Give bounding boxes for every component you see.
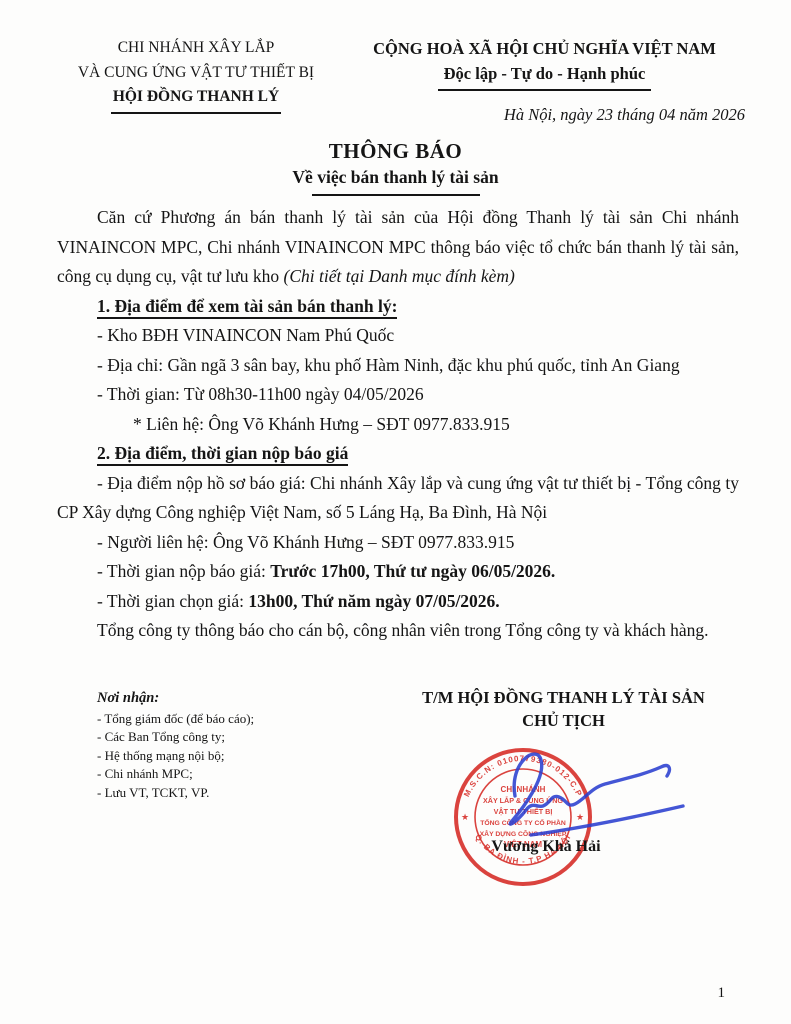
- deadline-label: - Thời gian nộp báo giá:: [97, 561, 270, 581]
- recipients-heading: Nơi nhận:: [97, 689, 254, 708]
- intro-paragraph: Căn cứ Phương án bán thanh lý tài sản củ…: [57, 203, 739, 292]
- section2-item-selection: - Thời gian chọn giá: 13h00, Thứ năm ngà…: [57, 587, 739, 617]
- selection-value: 13h00, Thứ năm ngày 07/05/2026.: [248, 591, 499, 611]
- document-title-block: THÔNG BÁO Về việc bán thanh lý tài sản: [0, 139, 791, 196]
- place-date-line: Hà Nội, ngày 23 tháng 04 năm 2026: [342, 102, 747, 127]
- recipient-item: - Chi nhánh MPC;: [97, 765, 254, 784]
- section2-item-contact: - Người liên hệ: Ông Võ Khánh Hưng – SĐT…: [57, 528, 739, 558]
- section1-item-warehouse: - Kho BĐH VINAINCON Nam Phú Quốc: [57, 321, 739, 351]
- section2-item-location: - Địa điểm nộp hồ sơ báo giá: Chi nhánh …: [57, 469, 739, 528]
- recipients-block: Nơi nhận: - Tổng giám đốc (để báo cáo); …: [97, 686, 254, 923]
- handwritten-signature-icon: [471, 738, 691, 853]
- section2-item-deadline: - Thời gian nộp báo giá: Trước 17h00, Th…: [57, 557, 739, 587]
- national-header-block: CỘNG HOÀ XÃ HỘI CHỦ NGHĨA VIỆT NAM Độc l…: [342, 36, 747, 127]
- document-body: Căn cứ Phương án bán thanh lý tài sản củ…: [57, 203, 739, 646]
- selection-label: - Thời gian chọn giá:: [97, 591, 248, 611]
- document-footer: Nơi nhận: - Tổng giám đốc (để báo cáo); …: [57, 686, 751, 923]
- letterhead: CHI NHÁNH XÂY LẮP VÀ CUNG ỨNG VẬT TƯ THI…: [50, 36, 747, 127]
- section1-item-contact: * Liên hệ: Ông Võ Khánh Hưng – SĐT 0977.…: [57, 410, 739, 440]
- national-motto-line1: CỘNG HOÀ XÃ HỘI CHỦ NGHĨA VIỆT NAM: [342, 36, 747, 61]
- recipient-item: - Tổng giám đốc (để báo cáo);: [97, 710, 254, 729]
- section2-heading-row: 2. Địa điểm, thời gian nộp báo giá: [57, 439, 739, 469]
- intro-note-italic: (Chi tiết tại Danh mục đính kèm): [284, 266, 515, 286]
- section2-heading: 2. Địa điểm, thời gian nộp báo giá: [97, 443, 348, 466]
- section1-heading-row: 1. Địa điểm để xem tài sản bán thanh lý:: [57, 292, 739, 322]
- title-divider: [312, 194, 480, 196]
- document-page: CHI NHÁNH XÂY LẮP VÀ CUNG ỨNG VẬT TƯ THI…: [0, 0, 791, 1024]
- signature-authority-line: T/M HỘI ĐỒNG THANH LÝ TÀI SẢN: [376, 686, 751, 709]
- document-title: THÔNG BÁO: [0, 139, 791, 164]
- deadline-value: Trước 17h00, Thứ tư ngày 06/05/2026.: [270, 561, 555, 581]
- recipient-item: - Các Ban Tổng công ty;: [97, 728, 254, 747]
- org-line-1: CHI NHÁNH XÂY LẮP: [50, 36, 342, 61]
- org-line-2: VÀ CUNG ỨNG VẬT TƯ THIẾT BỊ: [50, 61, 342, 86]
- stamp-star-left-icon: ★: [461, 812, 469, 822]
- recipient-item: - Lưu VT, TCKT, VP.: [97, 784, 254, 803]
- issuing-org-block: CHI NHÁNH XÂY LẮP VÀ CUNG ỨNG VẬT TƯ THI…: [50, 36, 342, 127]
- document-subtitle: Về việc bán thanh lý tài sản: [0, 167, 791, 188]
- national-motto-line2: Độc lập - Tự do - Hạnh phúc: [438, 61, 652, 91]
- page-number: 1: [718, 985, 726, 1002]
- signature-title-line: CHỦ TỊCH: [376, 709, 751, 732]
- signer-name: Vương Khả Hải: [446, 838, 646, 856]
- section1-item-address: - Địa chỉ: Gần ngã 3 sân bay, khu phố Hà…: [57, 351, 739, 381]
- section1-heading: 1. Địa điểm để xem tài sản bán thanh lý:: [97, 296, 397, 319]
- signature-block: T/M HỘI ĐỒNG THANH LÝ TÀI SẢN CHỦ TỊCH: [376, 686, 751, 923]
- section1-item-time: - Thời gian: Từ 08h30-11h00 ngày 04/05/2…: [57, 380, 739, 410]
- closing-paragraph: Tổng công ty thông báo cho cán bộ, công …: [57, 616, 739, 646]
- stamp-and-signature-area: M.S.C.N: 0100779380-012-C.P Q. BA ĐÌNH -…: [376, 738, 751, 923]
- org-line-3: HỘI ĐỒNG THANH LÝ: [111, 85, 281, 114]
- recipient-item: - Hệ thống mạng nội bộ;: [97, 747, 254, 766]
